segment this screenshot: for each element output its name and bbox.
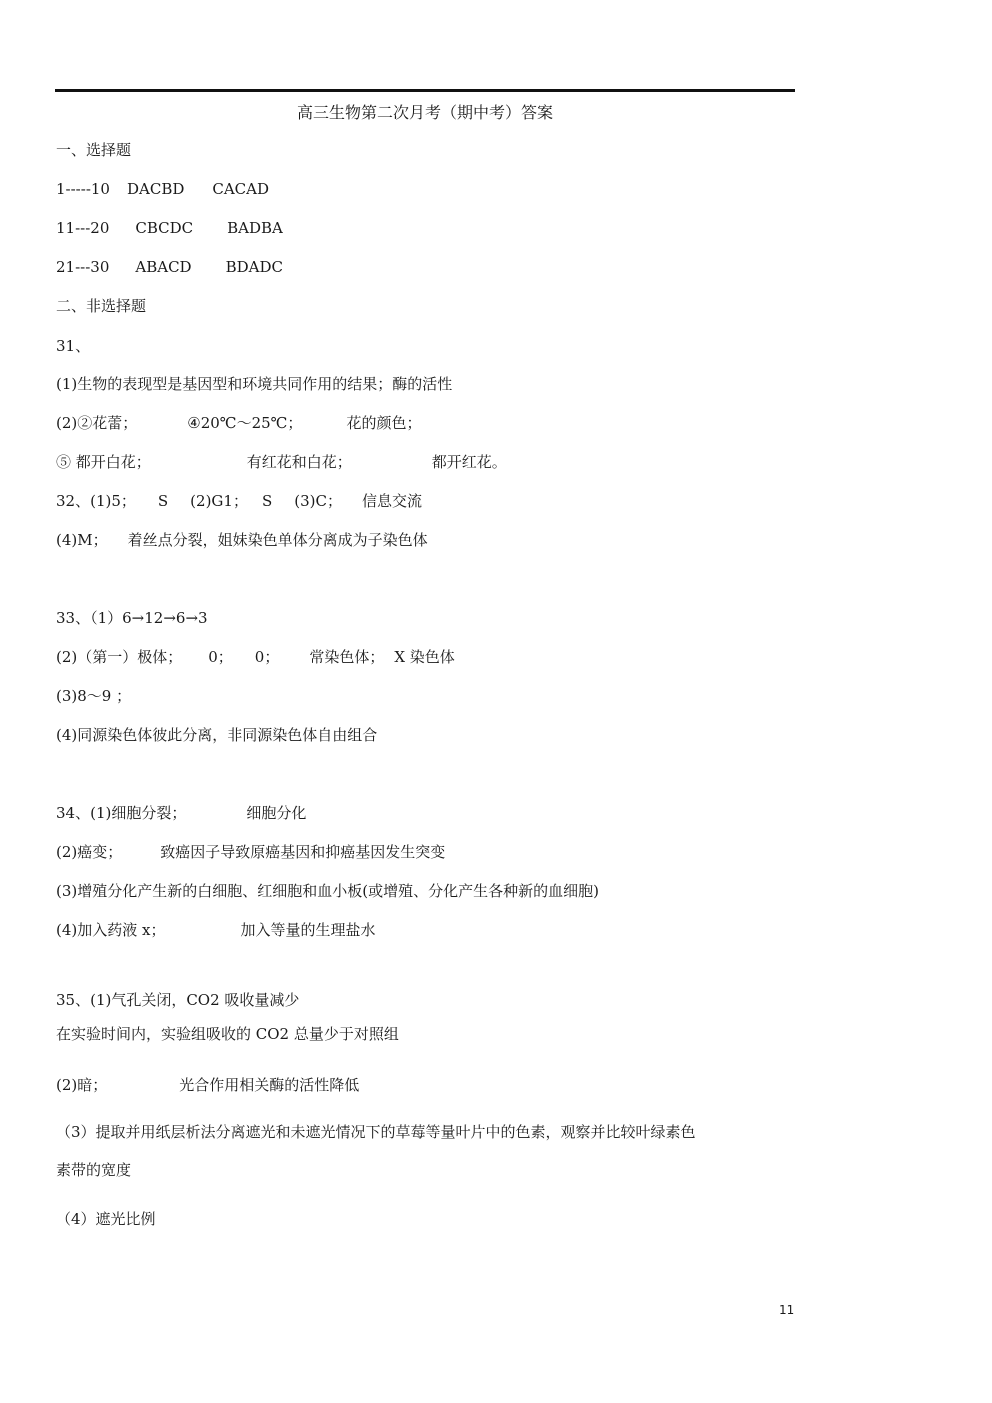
q33-answer: 0； <box>208 648 233 666</box>
answer-range: 21---30 <box>56 258 109 276</box>
q32-answer: S <box>158 492 168 510</box>
q33-line3: (3)8～9 ； <box>56 686 131 706</box>
answer-range: 1-----10 <box>56 180 110 198</box>
page-title: 高三生物第二次月考（期中考）答案 <box>0 100 850 123</box>
header-rule <box>55 89 795 92</box>
q35-line6: （4）遮光比例 <box>56 1209 156 1229</box>
answer-group: BADBA <box>227 219 283 237</box>
q32-line1: 32、(1)5；S(2)G1；S(3)C；信息交流 <box>56 491 422 511</box>
q32-line2: (4)M；着丝点分裂，姐妹染色单体分离成为子染色体 <box>56 530 428 550</box>
answer-group: CACAD <box>212 180 269 198</box>
answer-group: ABACD <box>135 258 191 276</box>
q35-answer: (2)暗； <box>56 1076 107 1094</box>
q35-answer: 光合作用相关酶的活性降低 <box>179 1076 359 1094</box>
q32-answer: 着丝点分裂，姐妹染色单体分离成为子染色体 <box>128 531 428 549</box>
q32-answer: 32、(1)5； <box>56 492 136 510</box>
q31-part1: (1)生物的表现型是基因型和环境共同作用的结果；酶的活性 <box>56 374 452 394</box>
q33-line1: 33、（1）6→12→6→3 <box>56 608 208 628</box>
q31-answer: ④20℃～25℃； <box>187 414 302 432</box>
q33-answer: X 染色体 <box>394 648 454 666</box>
q34-answer: 细胞分化 <box>246 804 306 822</box>
q32-answer: (4)M； <box>56 531 108 549</box>
q34-answer: 34、(1)细胞分裂； <box>56 804 186 822</box>
q34-line2: (2)癌变；致癌因子导致原癌基因和抑癌基因发生突变 <box>56 842 445 862</box>
section-heading-choice: 一、选择题 <box>56 140 131 160</box>
q32-answer: (2)G1； <box>190 492 248 510</box>
q34-answer: 加入等量的生理盐水 <box>240 921 375 939</box>
section-heading-nonchoice: 二、非选择题 <box>56 296 146 316</box>
q31-answer: 有红花和白花； <box>247 453 352 471</box>
answer-row: 21---30ABACDBDADC <box>56 257 283 277</box>
q34-line4: (4)加入药液 x；加入等量的生理盐水 <box>56 920 376 940</box>
answer-row: 11---20CBCDCBADBA <box>56 218 283 238</box>
q31-answer: ⑤ 都开白花； <box>56 453 151 471</box>
q31-answer: 花的颜色； <box>346 414 421 432</box>
q33-line4: (4)同源染色体彼此分离，非同源染色体自由组合 <box>56 725 377 745</box>
q34-answer: 致癌因子导致原癌基因和抑癌基因发生突变 <box>160 843 445 861</box>
answer-group: DACBD <box>127 180 184 198</box>
q34-answer: (2)癌变； <box>56 843 122 861</box>
q35-line4: （3）提取并用纸层析法分离遮光和未遮光情况下的草莓等量叶片中的色素，观察并比较叶… <box>56 1122 696 1142</box>
q33-answer: 常染色体； <box>309 648 384 666</box>
answer-range: 11---20 <box>56 219 109 237</box>
page-number: 11 <box>779 1303 794 1317</box>
answer-group: CBCDC <box>135 219 193 237</box>
q34-line3: (3)增殖分化产生新的白细胞、红细胞和血小板(或增殖、分化产生各种新的血细胞) <box>56 881 599 901</box>
q31-label: 31、 <box>56 336 90 356</box>
q32-answer: 信息交流 <box>362 492 422 510</box>
q31-answer: (2)②花蕾； <box>56 414 137 432</box>
q35-line2: 在实验时间内，实验组吸收的 CO2 总量少于对照组 <box>56 1024 399 1044</box>
q33-line2: (2)（第一）极体；0；0；常染色体；X 染色体 <box>56 647 455 667</box>
q32-answer: (3)C； <box>294 492 342 510</box>
q34-line1: 34、(1)细胞分裂；细胞分化 <box>56 803 306 823</box>
q33-answer: (2)（第一）极体； <box>56 648 182 666</box>
q34-answer: (4)加入药液 x； <box>56 921 165 939</box>
q31-part2: (2)②花蕾；④20℃～25℃；花的颜色； <box>56 413 421 433</box>
q31-answer: 都开红花。 <box>432 453 507 471</box>
q33-answer: 0； <box>255 648 280 666</box>
q35-line3: (2)暗；光合作用相关酶的活性降低 <box>56 1075 359 1095</box>
q32-answer: S <box>262 492 272 510</box>
q35-line5: 素带的宽度 <box>56 1160 131 1180</box>
answer-row: 1-----10DACBDCACAD <box>56 179 269 199</box>
q35-line1: 35、(1)气孔关闭，CO2 吸收量减少 <box>56 990 299 1010</box>
q31-part3: ⑤ 都开白花；有红花和白花；都开红花。 <box>56 452 507 472</box>
answer-group: BDADC <box>226 258 283 276</box>
